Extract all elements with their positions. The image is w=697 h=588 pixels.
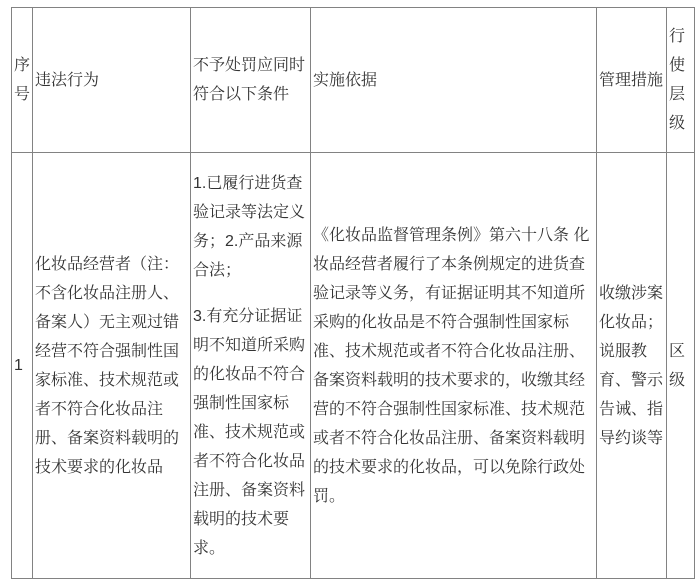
document-page: 序号 违法行为 不予处罚应同时符合以下条件 实施依据 管理措施 行使层级 1 化… bbox=[0, 0, 697, 579]
table-header-row: 序号 违法行为 不予处罚应同时符合以下条件 实施依据 管理措施 行使层级 bbox=[12, 8, 695, 153]
header-cell-seq: 序号 bbox=[12, 8, 33, 153]
header-cell-measures: 管理措施 bbox=[597, 8, 667, 153]
header-cell-basis: 实施依据 bbox=[311, 8, 597, 153]
header-cell-violation: 违法行为 bbox=[33, 8, 191, 153]
conditions-paragraph-1: 1.已履行进货查验记录等法定义务；2.产品来源合法； bbox=[193, 169, 308, 285]
regulation-table: 序号 违法行为 不予处罚应同时符合以下条件 实施依据 管理措施 行使层级 1 化… bbox=[11, 7, 695, 579]
cell-basis: 《化妆品监督管理条例》第六十八条 化妆品经营者履行了本条例规定的进货查验记录等义… bbox=[311, 153, 597, 579]
cell-level: 区级 bbox=[667, 153, 695, 579]
cell-seq: 1 bbox=[12, 153, 33, 579]
conditions-paragraph-2: 3.有充分证据证明不知道所采购的化妆品不符合强制性国家标准、技术规范或者不符合化… bbox=[193, 302, 308, 563]
header-cell-level: 行使层级 bbox=[667, 8, 695, 153]
cell-measures: 收缴涉案化妆品；说服教育、警示告诫、指导约谈等 bbox=[597, 153, 667, 579]
cell-violation: 化妆品经营者（注：不含化妆品注册人、备案人）无主观过错经营不符合强制性国家标准、… bbox=[33, 153, 191, 579]
table-row: 1 化妆品经营者（注：不含化妆品注册人、备案人）无主观过错经营不符合强制性国家标… bbox=[12, 153, 695, 579]
header-cell-conditions: 不予处罚应同时符合以下条件 bbox=[191, 8, 311, 153]
cell-conditions: 1.已履行进货查验记录等法定义务；2.产品来源合法； 3.有充分证据证明不知道所… bbox=[191, 153, 311, 579]
